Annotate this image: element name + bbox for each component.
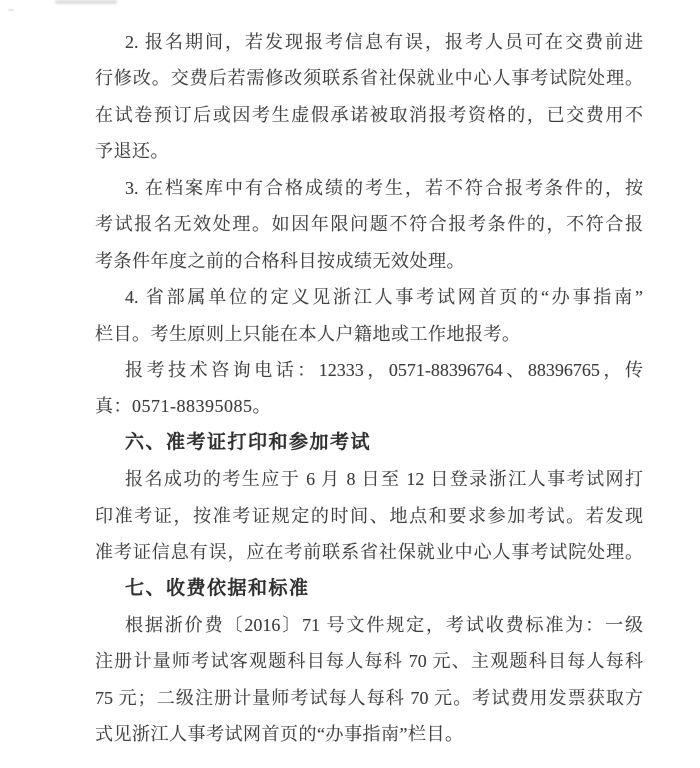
scan-artifact-smudge	[55, 0, 117, 4]
section-heading: 七、收费依据和标准	[95, 571, 643, 607]
text-line: 在试卷预订后或因考生虚假承诺被取消报考资格的，已交费用不	[95, 97, 643, 133]
text-line: 3. 在档案库中有合格成绩的考生，若不符合报考条件的，按	[95, 170, 643, 206]
text-line: 75 元；二级注册计量师考试每人每科 70 元。考试费用发票获取方	[95, 680, 643, 716]
text-line: 2. 报名期间，若发现报考信息有误，报考人员可在交费前进	[95, 24, 643, 60]
text-line: 注册计量师考试客观题科目每人每科 70 元、主观题科目每人每科	[95, 643, 643, 679]
text-line: 予退还。	[95, 133, 643, 169]
scan-artifact-speck	[8, 9, 14, 11]
text-line: 考条件年度之前的合格科目按成绩无效处理。	[95, 243, 643, 279]
text-line: 报名成功的考生应于 6 月 8 日至 12 日登录浙江人事考试网打	[95, 461, 643, 497]
scanned-document-page: 2. 报名期间，若发现报考信息有误，报考人员可在交费前进行修改。交费后若需修改须…	[0, 0, 700, 768]
section-heading: 六、准考证打印和参加考试	[95, 425, 643, 461]
text-line: 根据浙价费〔2016〕71 号文件规定，考试收费标准为：一级	[95, 607, 643, 643]
text-line: 真：0571-88395085。	[95, 388, 643, 424]
text-line: 式见浙江人事考试网首页的“办事指南”栏目。	[95, 716, 643, 752]
text-line: 栏目。考生原则上只能在本人户籍地或工作地报考。	[95, 316, 643, 352]
text-line: 4. 省部属单位的定义见浙江人事考试网首页的“办事指南”	[95, 279, 643, 315]
text-line: 准考证信息有误，应在考前联系省社保就业中心人事考试院处理。	[95, 534, 643, 570]
text-line: 印准考证，按准考证规定的时间、地点和要求参加考试。若发现	[95, 498, 643, 534]
document-body: 2. 报名期间，若发现报考信息有误，报考人员可在交费前进行修改。交费后若需修改须…	[95, 24, 643, 753]
text-line: 报考技术咨询电话：12333，0571-88396764、88396765，传	[95, 352, 643, 388]
text-line: 考试报名无效处理。如因年限问题不符合报考条件的，不符合报	[95, 206, 643, 242]
text-line: 行修改。交费后若需修改须联系省社保就业中心人事考试院处理。	[95, 60, 643, 96]
